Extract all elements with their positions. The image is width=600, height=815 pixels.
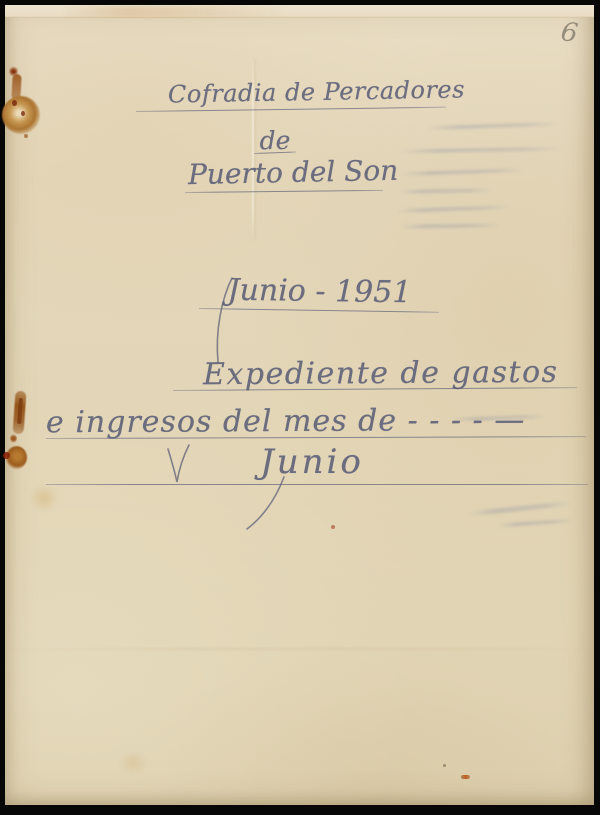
vertical-crease <box>252 58 254 240</box>
paper-sheet <box>5 5 594 805</box>
scanned-document: 6 Cofradia de Percadores de Puerto del S… <box>0 0 600 815</box>
horizontal-crease <box>5 648 594 650</box>
top-edge-discoloration <box>60 6 290 17</box>
